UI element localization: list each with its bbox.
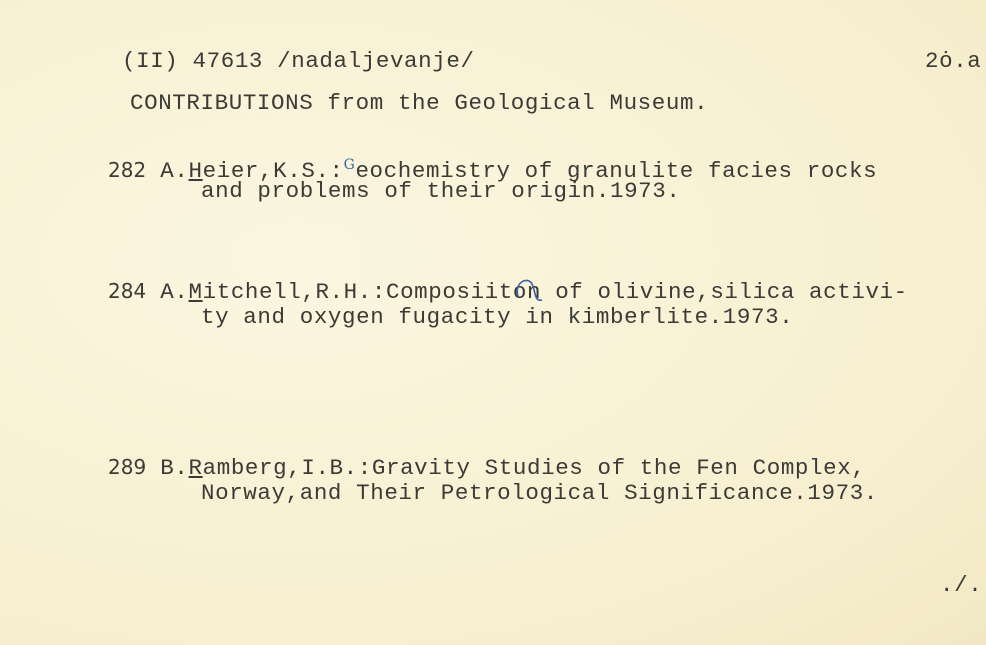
entry-line-2: ty and oxygen fugacity in kimberlite.197…: [201, 304, 793, 330]
entry-line-1: 289 B.Ramberg,I.B.:Gravity Studies of th…: [108, 454, 865, 481]
entry-prefix: B.: [160, 455, 188, 481]
author-name: amberg,I.B.:: [203, 455, 372, 481]
author-name: itchell,R.H.:: [203, 279, 386, 305]
entry-number: 282: [108, 158, 146, 182]
entry-line-2: Norway,and Their Petrological Significan…: [201, 480, 878, 506]
entry-line-2: and problems of their origin.1973.: [201, 178, 680, 204]
card-header: (II) 47613 /nadaljevanje/: [122, 48, 475, 74]
entry-line-1: 284 A.Mitchell,R.H.:Composiiton of olivi…: [108, 278, 908, 305]
title-text: Gravity Studies of the Fen Complex,: [372, 455, 866, 481]
author-initial: M: [189, 279, 203, 305]
continuation-mark: ./.: [940, 572, 982, 598]
series-title: CONTRIBUTIONS from the Geological Museum…: [130, 90, 708, 116]
entry-prefix: A.: [160, 279, 188, 305]
entry-prefix: A.: [160, 158, 188, 184]
handwritten-correction: G: [344, 157, 356, 173]
title-text: Composiiton of olivine,silica activi-: [386, 279, 908, 305]
handwritten-swap-mark-icon: [512, 276, 552, 306]
entry-number: 284: [108, 279, 146, 303]
author-initial: R: [189, 455, 203, 481]
entry-number: 289: [108, 455, 146, 479]
page-mark: 2ȯ.a: [925, 48, 981, 74]
